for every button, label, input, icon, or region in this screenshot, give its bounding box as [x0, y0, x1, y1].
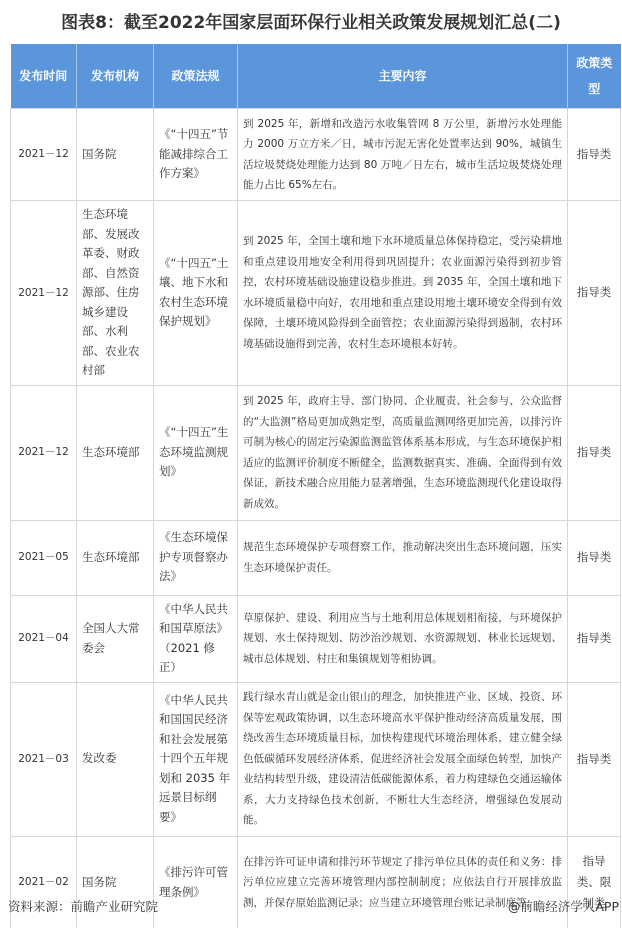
table-row: 2021－03 发改委 《中华人民共和国国民经济和社会发展第十四个五年规划和 2…: [11, 682, 621, 836]
cell-content: 到 2025 年，政府主导、部门协同、企业履责、社会参与、公众监督的“大监测”格…: [238, 385, 568, 520]
cell-content: 规范生态环境保护专项督察工作，推动解决突出生态环境问题，压实生态环境保护责任。: [238, 520, 568, 595]
cell-law: 《“十四五”土壤、地下水和农村生态环境保护规划》: [154, 201, 238, 386]
cell-type: 指导类: [568, 201, 621, 386]
cell-org: 生态环境部、发展改革委、财政部、自然资源部、住房城乡建设部、水利部、农业农村部: [77, 201, 154, 386]
cell-law: 《生态环境保护专项督察办法》: [154, 520, 238, 595]
cell-law: 《中华人民共和国国民经济和社会发展第十四个五年规划和 2035 年远景目标纲要》: [154, 682, 238, 836]
cell-content: 草原保护、建设、利用应当与土地利用总体规划相衔接，与环境保护规划、水土保持规划、…: [238, 595, 568, 682]
table-row: 2021－12 生态环境部 《“十四五”生态环境监测规划》 到 2025 年，政…: [11, 385, 621, 520]
table-row: 2021－04 全国人大常委会 《中华人民共和国草原法》（2021 修正） 草原…: [11, 595, 621, 682]
chart-title: 图表8：截至2022年国家层面环保行业相关政策发展规划汇总(二): [0, 8, 622, 33]
header-law: 政策法规: [154, 44, 238, 109]
header-date: 发布时间: [11, 44, 77, 109]
cell-date: 2021－05: [11, 520, 77, 595]
cell-date: 2021－04: [11, 595, 77, 682]
cell-date: 2021－12: [11, 201, 77, 386]
cell-type: 指导类: [568, 109, 621, 201]
cell-type: 指导类: [568, 595, 621, 682]
cell-law: 《“十四五”节能减排综合工作方案》: [154, 109, 238, 201]
cell-date: 2021－12: [11, 385, 77, 520]
cell-type: 指导类: [568, 682, 621, 836]
cell-org: 全国人大常委会: [77, 595, 154, 682]
cell-law: 《中华人民共和国草原法》（2021 修正）: [154, 595, 238, 682]
cell-type: 指导类: [568, 385, 621, 520]
header-content: 主要内容: [238, 44, 568, 109]
table-header-row: 发布时间 发布机构 政策法规 主要内容 政策类型: [11, 44, 621, 109]
cell-org: 发改委: [77, 682, 154, 836]
cell-date: 2021－03: [11, 682, 77, 836]
policy-table: 发布时间 发布机构 政策法规 主要内容 政策类型 2021－12 国务院 《“十…: [10, 44, 621, 928]
cell-content: 践行绿水青山就是金山银山的理念，加快推进产业、区域、投资、环保等宏观政策协调，以…: [238, 682, 568, 836]
cell-org: 国务院: [77, 109, 154, 201]
header-org: 发布机构: [77, 44, 154, 109]
cell-law: 《“十四五”生态环境监测规划》: [154, 385, 238, 520]
cell-content: 到 2025 年，全国土壤和地下水环境质量总体保持稳定，受污染耕地和重点建设用地…: [238, 201, 568, 386]
table-row: 2021－05 生态环境部 《生态环境保护专项督察办法》 规范生态环境保护专项督…: [11, 520, 621, 595]
source-note: 资料来源：前瞻产业研究院: [8, 897, 158, 915]
table-row: 2021－12 生态环境部、发展改革委、财政部、自然资源部、住房城乡建设部、水利…: [11, 201, 621, 386]
cell-type: 指导类: [568, 520, 621, 595]
cell-law: 《排污许可管理条例》: [154, 836, 238, 928]
cell-org: 生态环境部: [77, 520, 154, 595]
cell-org: 生态环境部: [77, 385, 154, 520]
cell-content: 到 2025 年，新增和改造污水收集管网 8 万公里，新增污水处理能力 2000…: [238, 109, 568, 201]
header-type: 政策类型: [568, 44, 621, 109]
cell-date: 2021－12: [11, 109, 77, 201]
table-row: 2021－12 国务院 《“十四五”节能减排综合工作方案》 到 2025 年，新…: [11, 109, 621, 201]
credit-note: @前瞻经济学人APP: [508, 897, 619, 915]
